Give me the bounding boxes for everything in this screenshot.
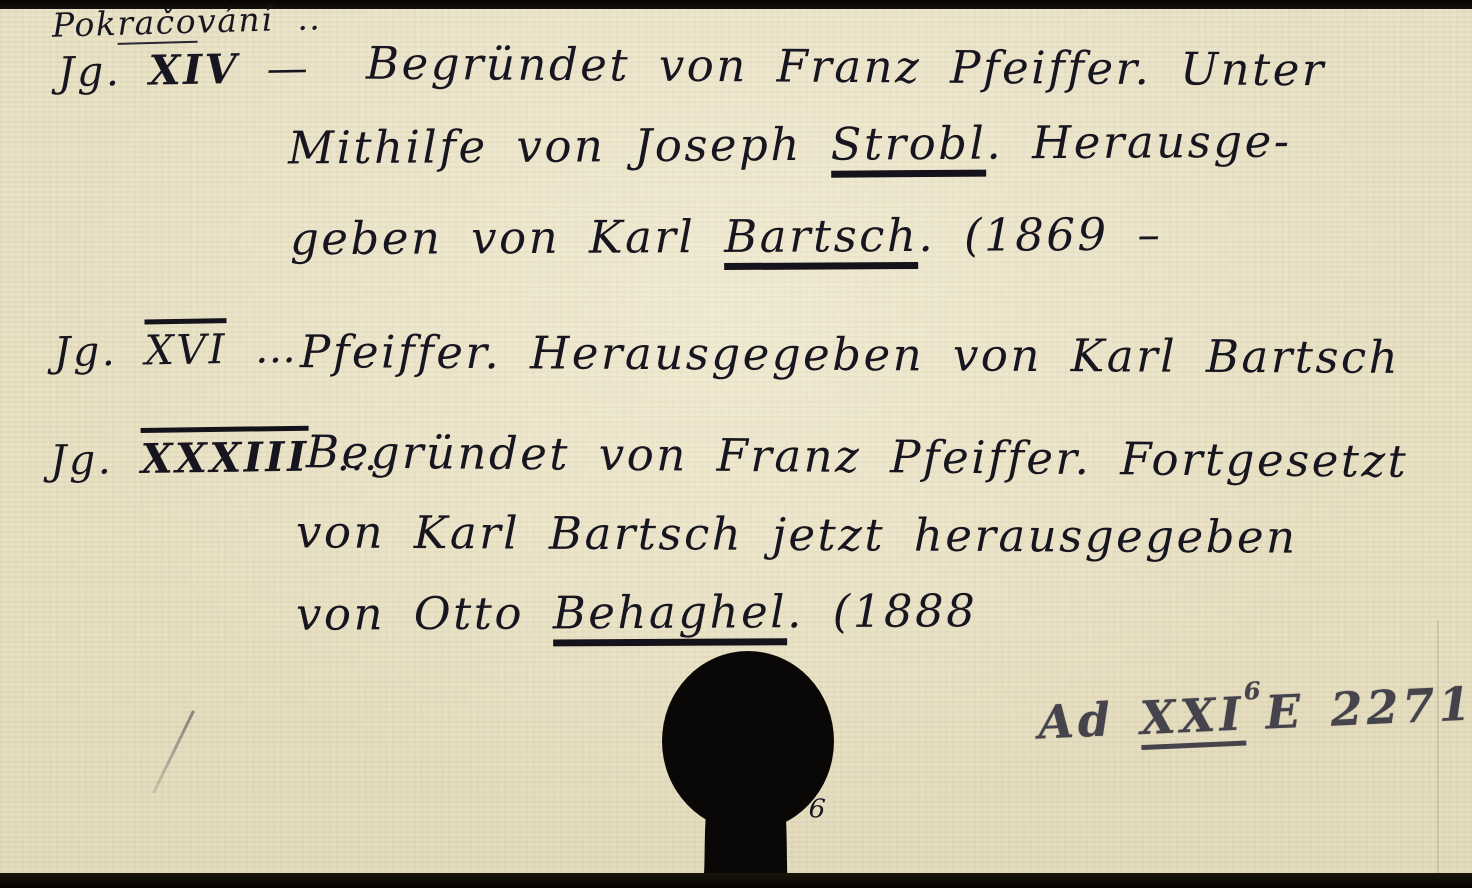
entry1-line2-underlined: Strobl <box>830 117 986 178</box>
entry3-label-prefix: Jg. <box>50 435 141 484</box>
shelfmark-number: E 2271 <box>1264 677 1472 740</box>
entry2-label-numeral: XVI <box>144 318 227 374</box>
entry3-line1: Begründet von Franz Pfeiffer. Fortgesetz… <box>306 425 1409 488</box>
header-post: vání .. <box>196 0 321 41</box>
card-crease <box>1437 620 1439 888</box>
entry3-line3-post: . (1888 <box>787 584 977 638</box>
entry1-label: Jg. XIV — <box>58 44 311 96</box>
entry1-line1-text: Begründet von Franz Pfeiffer. Unter <box>366 37 1326 97</box>
entry2-label: Jg. XVI … <box>54 324 299 376</box>
entry1-line1: Begründet von Franz Pfeiffer. Unter <box>366 37 1326 97</box>
entry1-line3-underlined: Bartsch <box>724 209 919 270</box>
entry3-line3-underlined: Behaghel <box>553 585 788 646</box>
entry1-line2: Mithilfe von Joseph Strobl. Herausge- <box>288 114 1292 174</box>
entry3-line1-text: Begründet von Franz Pfeiffer. Fortgesetz… <box>306 425 1409 488</box>
scan-edge-bottom <box>0 873 1472 888</box>
catalog-card: Pokračování .. Jg. XIV — Begründet von F… <box>0 0 1472 888</box>
entry1-line2-post: . Herausge- <box>986 114 1291 169</box>
entry1-label-dash: — <box>239 44 311 93</box>
header-pre: Pok <box>52 4 118 45</box>
pencil-stroke-mark <box>152 710 195 794</box>
punch-hole-mark <box>648 645 852 888</box>
shelfmark-pre: Ad <box>1037 691 1141 749</box>
entry1-line3-pre: geben von Karl <box>290 210 724 265</box>
entry1-label-numeral: XIV <box>148 45 239 95</box>
entry3-line3: von Otto Behaghel. (1888 <box>296 584 978 641</box>
entry3-line2: von Karl Bartsch jetzt herausgegeben <box>296 505 1298 563</box>
entry2-label-prefix: Jg. <box>54 327 146 377</box>
entry1-line2-pre: Mithilfe von Joseph <box>288 118 831 175</box>
header-underlined: račo <box>117 2 198 45</box>
shelfmark-roman-numeral: XXI <box>1139 687 1246 751</box>
shelfmark-superscript: 6 <box>1243 675 1265 705</box>
entry3-label-numeral: XXXIII <box>140 426 309 483</box>
entry3-line2-text: von Karl Bartsch jetzt herausgegeben <box>296 505 1298 563</box>
entry2-line1-text: Pfeiffer. Herausgegeben von Karl Bartsch <box>300 325 1400 384</box>
entry3-line3-pre: von Otto <box>296 586 553 640</box>
entry2-line1: Pfeiffer. Herausgegeben von Karl Bartsch <box>300 325 1400 384</box>
card-header: Pokračování .. <box>52 0 322 45</box>
entry1-label-prefix: Jg. <box>58 47 150 97</box>
entry1-line3-post: . (1869 – <box>918 208 1162 262</box>
entry1-line3: geben von Karl Bartsch. (1869 – <box>290 208 1163 266</box>
shelfmark: Ad XXI6E 2271 <box>1037 677 1472 750</box>
entry2-label-dots: … <box>227 324 299 373</box>
